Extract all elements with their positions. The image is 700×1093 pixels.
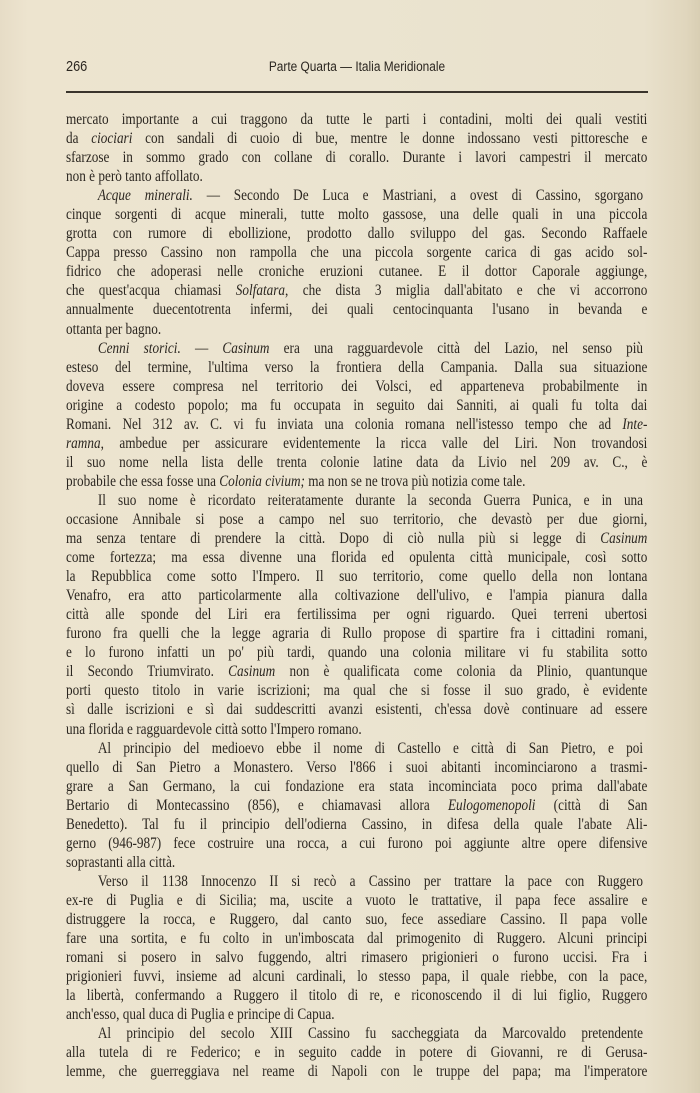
text-line: ex-re di Puglia e di Sicilia; ma, uscite… bbox=[66, 891, 647, 910]
text-line: Al principio del secolo XIII Cassino fu … bbox=[66, 1024, 643, 1043]
text-line: grotta con rumore di ebollizione, prodot… bbox=[66, 224, 647, 243]
text-line: da ciociari con sandali di cuoio di bue,… bbox=[66, 129, 647, 148]
text-line: non è però tanto affollato. bbox=[66, 167, 647, 186]
italic-term: Acque minerali. bbox=[98, 187, 193, 204]
text-line: Verso il 1138 Innocenzo II si recò a Cas… bbox=[66, 872, 643, 891]
text-line: origine a codesto popolo; ma fu occupata… bbox=[66, 396, 647, 415]
text-line: Il suo nome è ricordato reiteratamente d… bbox=[66, 491, 643, 510]
text-line: Bertario di Montecassino (856), e chiama… bbox=[66, 796, 647, 815]
text-line: il Secondo Triumvirato. Casinum non è qu… bbox=[66, 662, 647, 681]
page-number: 266 bbox=[66, 58, 87, 75]
text-line: esteso del termine, l'ultima verso la fr… bbox=[66, 358, 647, 377]
text-line: annualmente duecentotrenta infermi, dei … bbox=[66, 300, 647, 319]
text-line: il suo nome nella lista delle trenta col… bbox=[66, 453, 647, 472]
text-line: porti questo titolo in varie iscrizioni;… bbox=[66, 681, 647, 700]
text-line: soprastanti alla città. bbox=[66, 853, 647, 872]
running-title: Parte Quarta — Italia Meridionale bbox=[101, 59, 613, 74]
text-line: ramna, ambedue per assicurare evidenteme… bbox=[66, 434, 647, 453]
page-header: 266 Parte Quarta — Italia Meridionale bbox=[66, 58, 648, 82]
text-line: Venafro, era atto particolarmente alla c… bbox=[66, 586, 647, 605]
body-text: mercato importante a cui traggono da tut… bbox=[66, 110, 648, 1081]
italic-term: Solfatara bbox=[236, 282, 285, 299]
header-rule bbox=[66, 91, 648, 93]
text-line: occasione Annibale si pose a campo nel s… bbox=[66, 510, 647, 529]
italic-term: ciociari bbox=[91, 130, 132, 147]
text-line: come fortezza; ma essa divenne una flori… bbox=[66, 548, 647, 567]
text-line: ma senza tentare di prendere la città. D… bbox=[66, 529, 647, 548]
text-line: grare a San Germano, la cui fondazione e… bbox=[66, 777, 647, 796]
text-line: Cappa presso Cassino non rampolla che un… bbox=[66, 243, 647, 262]
text-line: la Repubblica come sotto l'Impero. Il su… bbox=[66, 567, 647, 586]
text-line: sì dalle iscrizioni e sì dai suddescritt… bbox=[66, 700, 647, 719]
text-line: lemme, che guerreggiava nel reame di Nap… bbox=[66, 1062, 647, 1081]
text-line: città alle sponde del Liri era fertiliss… bbox=[66, 605, 647, 624]
text-line: gerno (946-987) fece costruire una rocca… bbox=[66, 834, 647, 853]
text-line: fare una sortita, e fu colto in un'imbos… bbox=[66, 929, 647, 948]
text-line: ottanta per bagno. bbox=[66, 320, 647, 339]
text-line: quello di San Pietro a Monastero. Verso … bbox=[66, 758, 647, 777]
text-line: Cenni storici. — Casinum era una ragguar… bbox=[66, 339, 643, 358]
italic-term: Colonia civium; bbox=[219, 473, 305, 490]
text-line: fidrico che adoperasi nelle croniche eru… bbox=[66, 262, 647, 281]
paragraph: Al principio del medioevo ebbe il nome d… bbox=[66, 739, 648, 872]
paragraph: Il suo nome è ricordato reiteratamente d… bbox=[66, 491, 648, 739]
italic-term: Casinum bbox=[228, 663, 275, 680]
text-line: una florida e ragguardevole città sotto … bbox=[66, 720, 647, 739]
italic-term: Cenni storici. bbox=[98, 340, 181, 357]
text-line: Al principio del medioevo ebbe il nome d… bbox=[66, 739, 643, 758]
italic-term: Casinum bbox=[600, 530, 647, 547]
text-line: sfarzose in sommo grado con collane di c… bbox=[66, 148, 647, 167]
paragraph: Acque minerali. — Secondo De Luca e Mast… bbox=[66, 186, 648, 338]
text-line: mercato importante a cui traggono da tut… bbox=[66, 110, 647, 129]
text-line: Acque minerali. — Secondo De Luca e Mast… bbox=[66, 186, 643, 205]
text-line: prigionieri fuvvi, insieme ad alcuni car… bbox=[66, 967, 647, 986]
paragraph: Al principio del secolo XIII Cassino fu … bbox=[66, 1024, 648, 1081]
text-line: probabile che essa fosse una Colonia civ… bbox=[66, 472, 647, 491]
text-line: la libertà, confermando a Ruggero il tit… bbox=[66, 986, 647, 1005]
text-line: alla tutela di re Federico; e in seguito… bbox=[66, 1043, 647, 1062]
text-line: furono fra quelli che la legge agraria d… bbox=[66, 624, 647, 643]
text-line: doveva essere compresa nel territorio de… bbox=[66, 377, 647, 396]
italic-term: ramna bbox=[66, 435, 101, 452]
italic-term: Inte- bbox=[622, 416, 647, 433]
text-line: romani si posero in salvo fuggendo, altr… bbox=[66, 948, 647, 967]
text-line: Romani. Nel 312 av. C. vi fu inviata una… bbox=[66, 415, 647, 434]
text-line: anch'esso, qual duca di Puglia e princip… bbox=[66, 1005, 647, 1024]
text-line: che quest'acqua chiamasi Solfatara, che … bbox=[66, 281, 647, 300]
paragraph: mercato importante a cui traggono da tut… bbox=[66, 110, 648, 186]
text-line: e lo furono infatti un po' più tardi, qu… bbox=[66, 643, 647, 662]
paragraph: Cenni storici. — Casinum era una ragguar… bbox=[66, 339, 648, 491]
italic-term: Eulogomenopoli bbox=[448, 797, 536, 814]
paragraph: Verso il 1138 Innocenzo II si recò a Cas… bbox=[66, 872, 648, 1024]
italic-term: Casinum bbox=[222, 340, 269, 357]
text-line: cinque sorgenti di acque minerali, tutte… bbox=[66, 205, 647, 224]
book-page: 266 Parte Quarta — Italia Meridionale me… bbox=[66, 58, 648, 82]
text-line: distruggere la rocca, e Ruggero, dal can… bbox=[66, 910, 647, 929]
text-line: Benedetto). Tal fu il principio dell'odi… bbox=[66, 815, 647, 834]
